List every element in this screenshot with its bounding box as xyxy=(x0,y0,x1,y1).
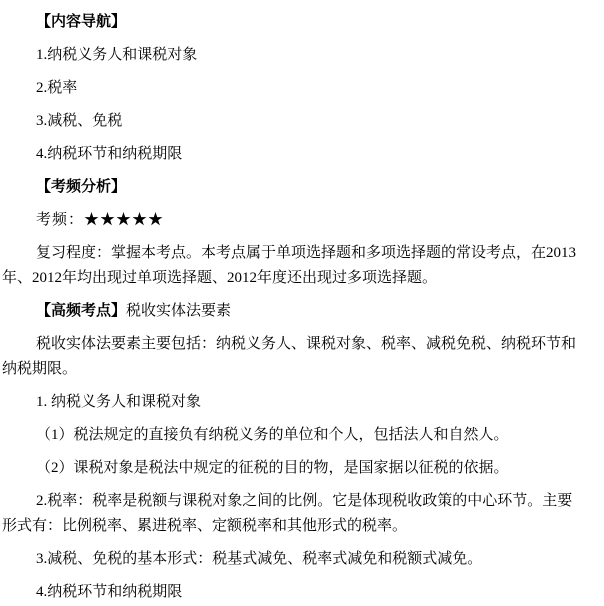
nav-item-2: 2.税率 xyxy=(2,76,578,101)
bracket-header-text: 【考频分析】 xyxy=(36,179,126,195)
nav-item-4: 4.纳税环节和纳税期限 xyxy=(2,142,578,167)
paragraph-text: 3.减税、免税 xyxy=(36,113,122,129)
topic-item-1-sub-1: （1）税法规定的直接负有纳税义务的单位和个人，包括法人和自然人。 xyxy=(2,423,578,448)
star-rating-line: 考频：★★★★★ xyxy=(2,208,578,233)
paragraph-text: 税收实体法要素主要包括：纳税义务人、课税对象、税率、减税免税、纳税环节和纳税期限… xyxy=(2,336,576,377)
review-level-paragraph: 复习程度：掌握本考点。本考点属于单项选择题和多项选择题的常设考点，在2013年、… xyxy=(2,241,578,291)
nav-item-3: 3.减税、免税 xyxy=(2,109,578,134)
paragraph-text: 2.税率 xyxy=(36,80,77,96)
content-nav-header: 【内容导航】 xyxy=(2,10,578,35)
exam-frequency-header: 【考频分析】 xyxy=(2,175,578,200)
paragraph-text: （1）税法规定的直接负有纳税义务的单位和个人，包括法人和自然人。 xyxy=(36,427,509,443)
paragraph-text: 复习程度：掌握本考点。本考点属于单项选择题和多项选择题的常设考点，在2013年、… xyxy=(2,245,576,286)
hot-topic-title: 税收实体法要素 xyxy=(126,303,231,319)
document-body: 【内容导航】 1.纳税义务人和课税对象 2.税率 3.减税、免税 4.纳税环节和… xyxy=(0,0,604,605)
paragraph-text: （2）课税对象是税法中规定的征税的目的物，是国家据以征税的依据。 xyxy=(36,460,509,476)
paragraph-text: 4.纳税环节和纳税期限 xyxy=(36,584,182,600)
topic-item-2: 2.税率：税率是税额与课税对象之间的比例。它是体现税收政策的中心环节。主要形式有… xyxy=(2,489,578,539)
star-rating-text: 考频：★★★★★ xyxy=(36,212,164,228)
nav-item-1: 1.纳税义务人和课税对象 xyxy=(2,43,578,68)
topic-item-1-sub-2: （2）课税对象是税法中规定的征税的目的物，是国家据以征税的依据。 xyxy=(2,456,578,481)
paragraph-text: 3.减税、免税的基本形式：税基式减免、税率式减免和税额式减免。 xyxy=(36,551,482,567)
paragraph-text: 1.纳税义务人和课税对象 xyxy=(36,47,197,63)
bracket-header-text: 【内容导航】 xyxy=(36,14,126,30)
topic-item-3: 3.减税、免税的基本形式：税基式减免、税率式减免和税额式减免。 xyxy=(2,547,578,572)
paragraph-text: 4.纳税环节和纳税期限 xyxy=(36,146,182,162)
topic-item-1: 1. 纳税义务人和课税对象 xyxy=(2,390,578,415)
hot-topic-header: 【高频考点】税收实体法要素 xyxy=(2,299,578,324)
paragraph-text: 2.税率：税率是税额与课税对象之间的比例。它是体现税收政策的中心环节。主要形式有… xyxy=(2,493,572,534)
paragraph-text: 1. 纳税义务人和课税对象 xyxy=(36,394,201,410)
topic-item-4: 4.纳税环节和纳税期限 xyxy=(2,580,578,605)
bracket-header-text: 【高频考点】 xyxy=(36,303,126,319)
elements-summary-paragraph: 税收实体法要素主要包括：纳税义务人、课税对象、税率、减税免税、纳税环节和纳税期限… xyxy=(2,332,578,382)
